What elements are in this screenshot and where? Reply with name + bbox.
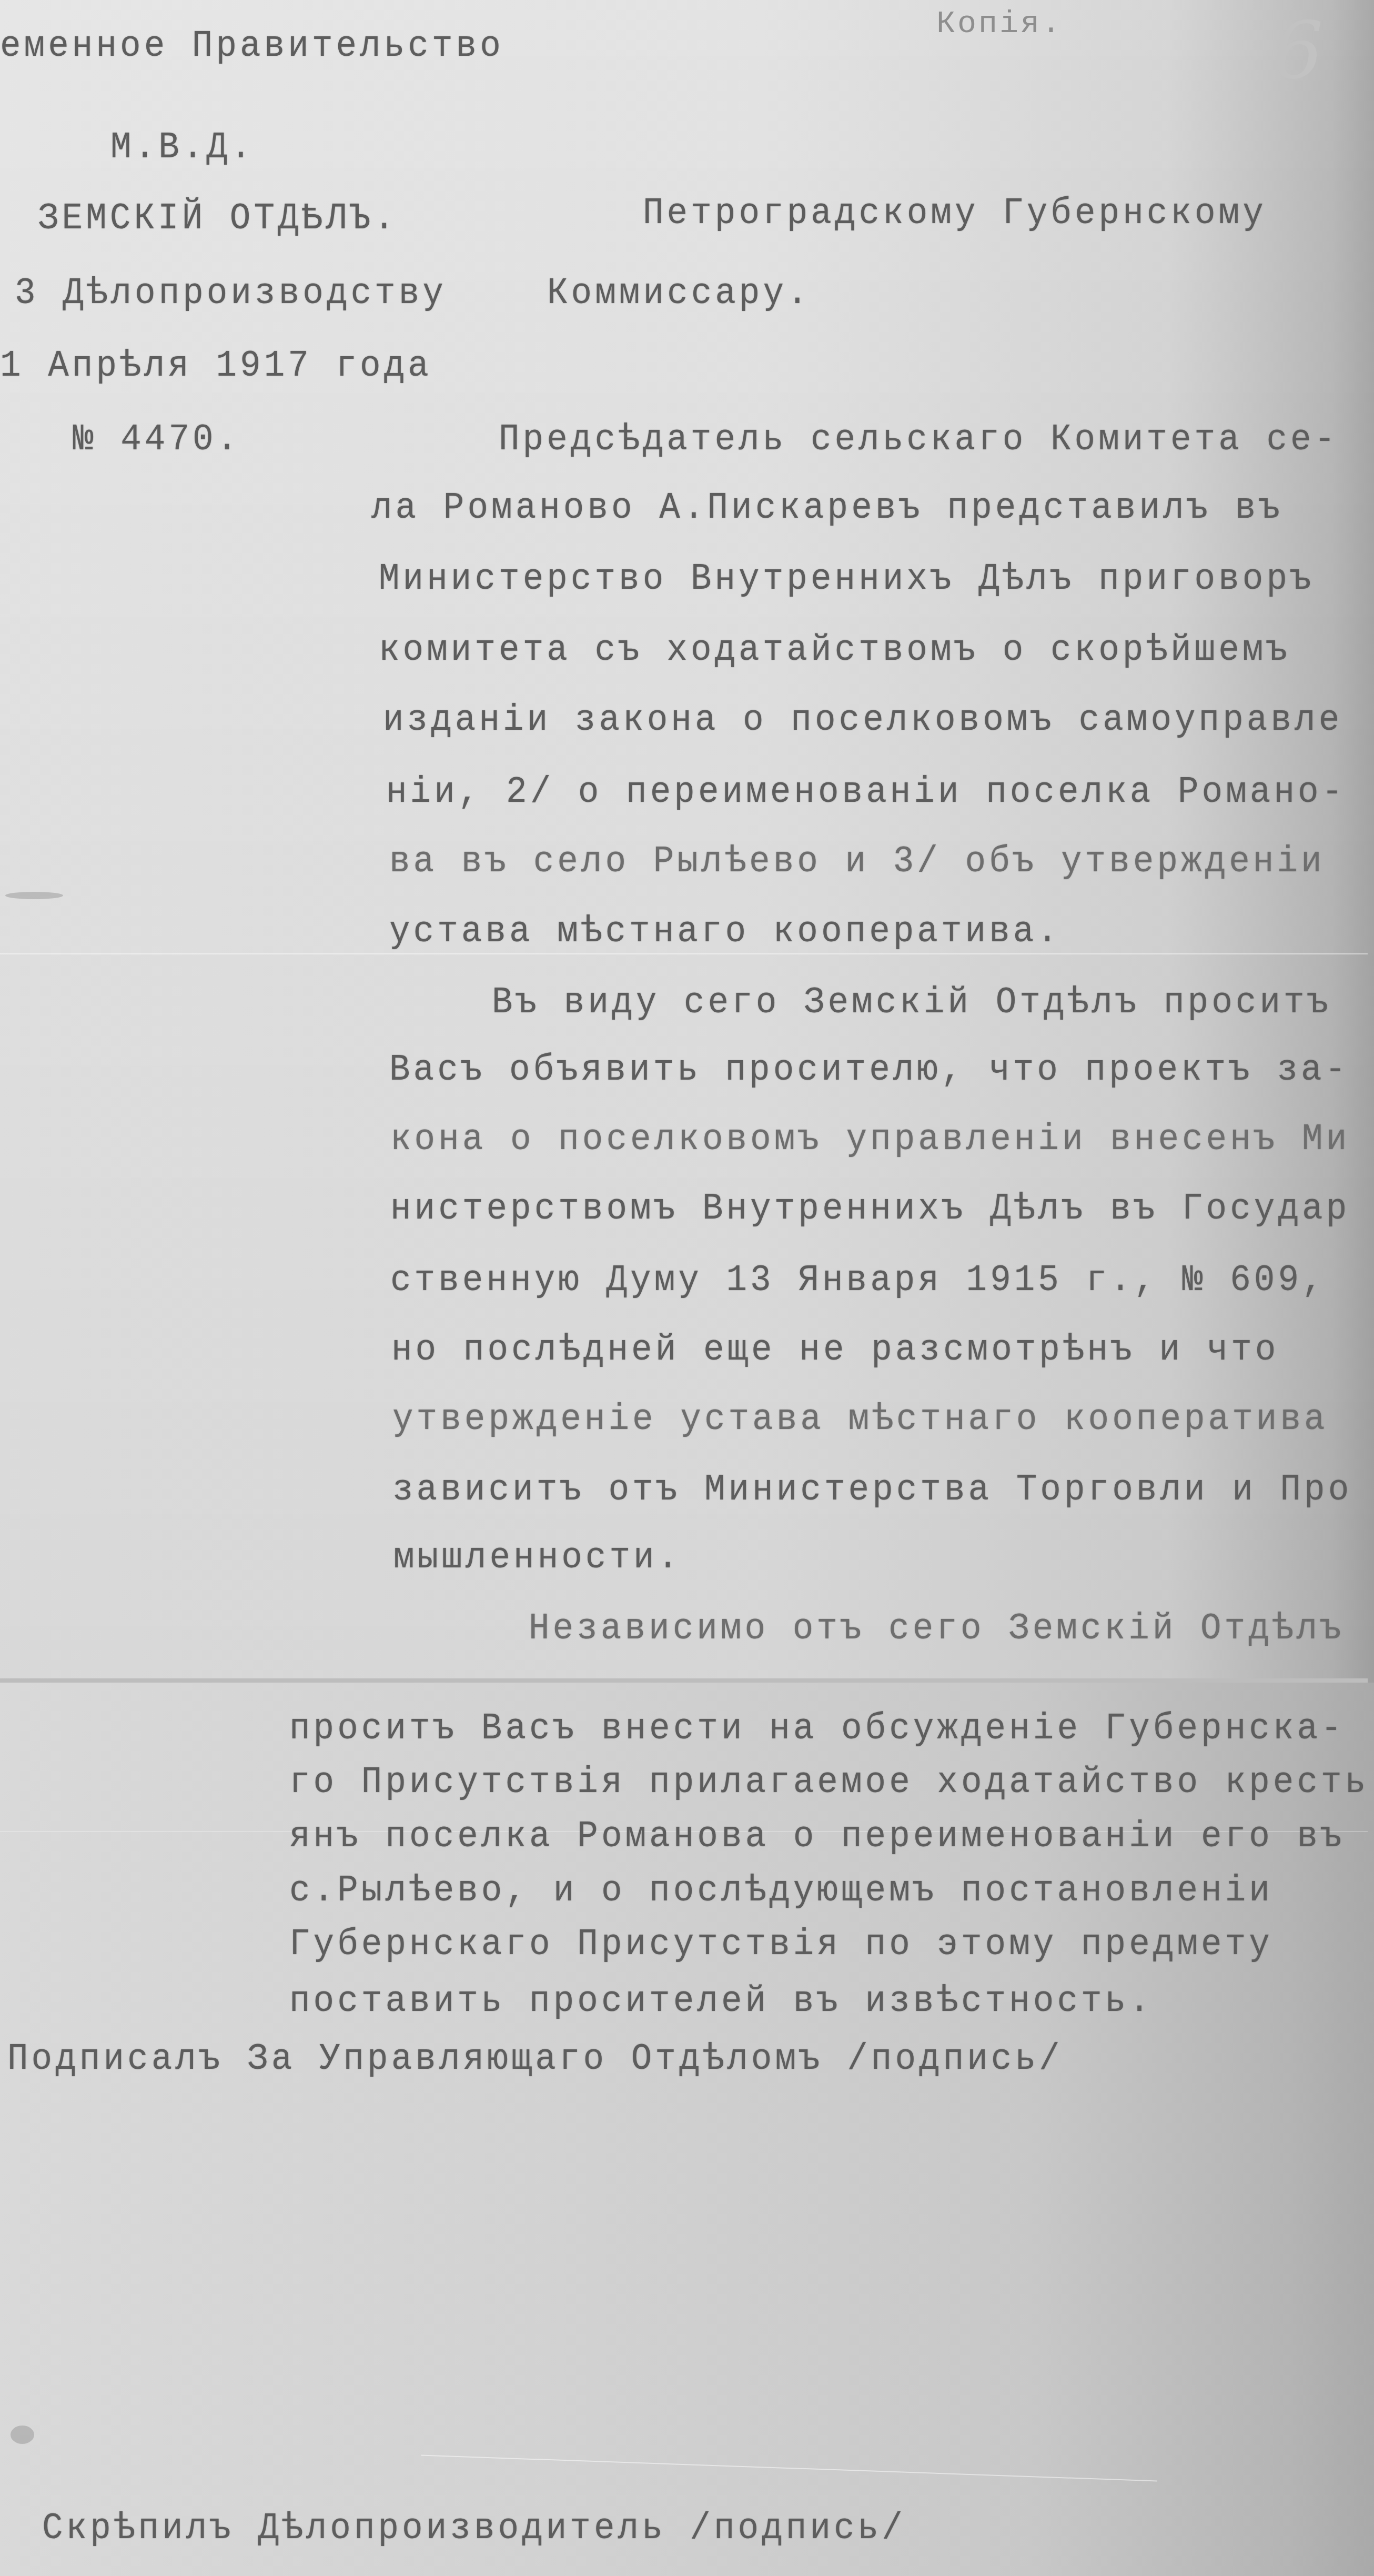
signature-clerk: Скрѣпилъ Дѣлопроизводитель /подпись/ [42,2510,906,2547]
body-line: ніи, 2/ о переименованіи поселка Романо- [386,773,1346,811]
body-line: Въ виду сего Земскій Отдѣлъ проситъ [492,984,1331,1021]
body-line: Губернскаго Присутствія по этому предмет… [289,1926,1273,1963]
header-office: 3 Дѣлопроизводству [15,275,447,312]
header-date: 1 Апрѣля 1917 года [0,347,432,385]
body-line: нистерствомъ Внутреннихъ Дѣлъ въ Государ [390,1190,1350,1227]
body-line: Предсѣдатель сельскаго Комитета се- [499,421,1338,458]
header-department: ЗЕМСКІЙ ОТДѢЛЪ. [38,200,398,237]
body-line: ла Романово А.Пискаревъ представилъ въ [371,489,1283,527]
copy-mark: Копія. [936,6,1063,42]
body-line: зависитъ отъ Министерства Торговли и Про [392,1471,1352,1508]
body-line: поставить просителей въ извѣстность. [289,1983,1153,2020]
body-line: но послѣдней еще не разсмотрѣнъ и что [391,1331,1279,1368]
addressee-line-1: Петроградскому Губернскому [643,195,1267,232]
body-line: го Присутствія прилагаемое ходатайство к… [289,1764,1369,1801]
body-line: кона о поселковомъ управленіи внесенъ Ми [390,1121,1350,1158]
body-line: ва въ село Рылѣево и 3/ объ утвержденіи [389,843,1325,880]
header-number: № 4470. [73,421,240,458]
body-line: проситъ Васъ внести на обсужденіе Губерн… [289,1710,1345,1747]
paper-stain [11,2426,34,2444]
body-line: Министерство Внутреннихъ Дѣлъ приговоръ [379,560,1315,598]
body-line: мышленности. [393,1539,681,1576]
header-ministry: М.В.Д. [110,129,255,166]
body-line: Независимо отъ сего Земскій Отдѣлъ [529,1610,1345,1647]
body-line: устава мѣстнаго кооператива. [389,913,1061,950]
photo-seam [0,1678,1368,1683]
addressee-line-2: Коммиссару. [547,275,811,312]
folio-number: 6 [1273,5,1323,97]
body-line: с.Рылѣево, и о послѣдующемъ постановлені… [289,1872,1273,1909]
body-line: ственную Думу 13 Января 1915 г., № 609, [390,1262,1326,1299]
body-line: комитета съ ходатайствомъ о скорѣйшемъ [379,631,1290,669]
body-line: утвержденіе устава мѣстнаго кооператива [392,1401,1328,1438]
header-government: еменное Правительство [0,27,504,65]
body-line: янъ поселка Романова о переименованіи ег… [289,1818,1345,1855]
signature-manager: Подписалъ За Управляющаго Отдѣломъ /подп… [7,2040,1063,2078]
body-line: изданіи закона о поселковомъ самоуправле [383,701,1342,739]
body-line: Васъ объявить просителю, что проектъ за- [389,1051,1349,1089]
paper-stain [5,892,63,899]
paper-fold-line [0,953,1368,954]
